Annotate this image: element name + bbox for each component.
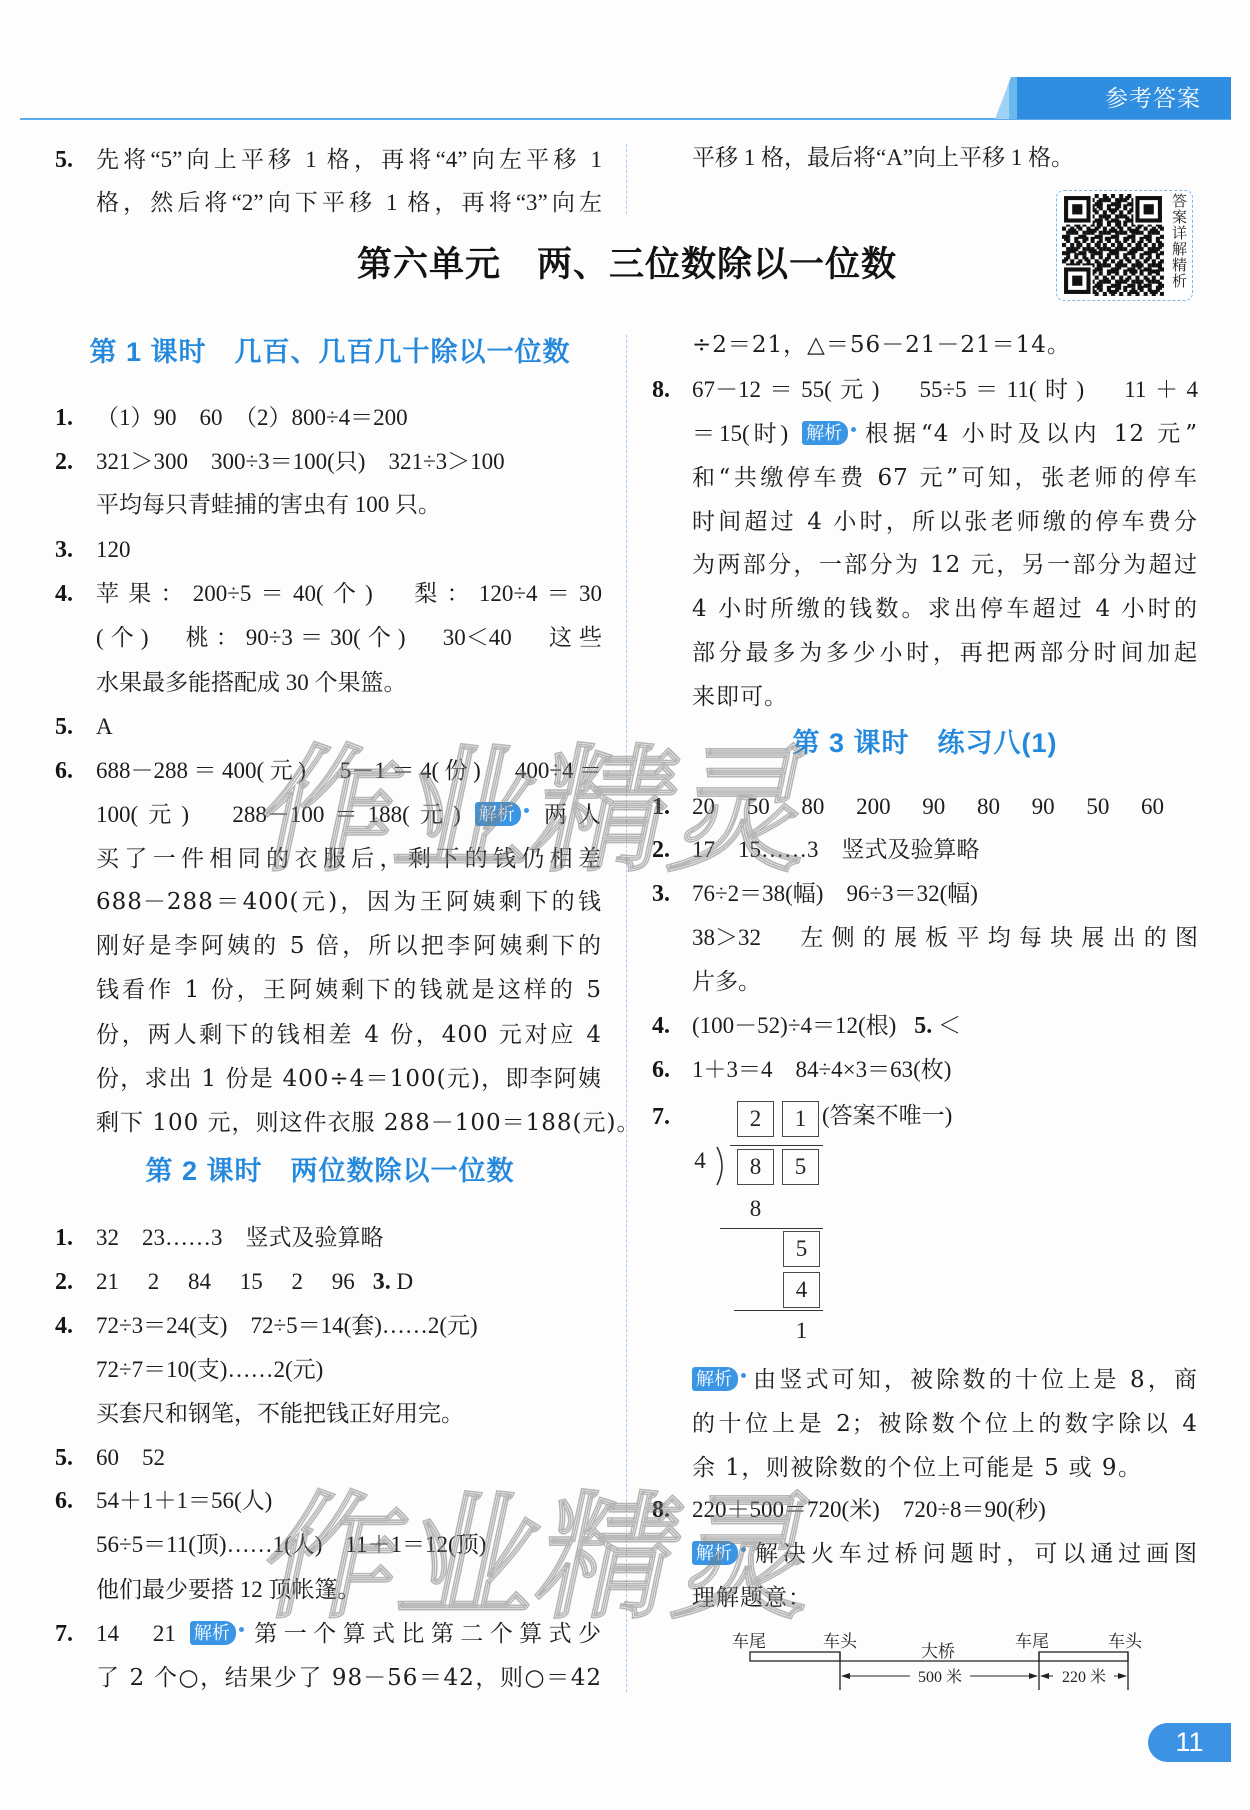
bullet-dot-icon [741,1373,746,1378]
question-number: 4. [55,574,73,614]
bridge-label: 大桥 [921,1642,955,1661]
question-number: 1. [55,398,73,438]
analysis-line: 为两部分，一部分为 12 元，另一部分为超过 [692,545,1198,585]
analysis-text: 两人 [534,802,602,828]
answer-line-with-analysis: 100(元) 288－100＝188(元)解析两人 [96,795,602,835]
train-bridge-diagram: 车尾 车头 大桥 车尾 车头 500 米 220 米 [720,1625,1150,1700]
question-number: 6. [55,751,73,791]
quotient-box: 1 [782,1101,819,1137]
question-number: 1. [55,1218,73,1258]
question-number: 3. [55,530,73,570]
analysis-line: 和“共缴停车费 67 元”可知，张老师的停车 [692,458,1198,498]
question-number: 5. [55,140,73,180]
answer-line: 先将“5”向上平移 1 格，再将“4”向左平移 1 [96,140,602,180]
bridge-length-label: 500 米 [918,1668,962,1686]
analysis-line: 买了一件相同的衣服后，剩下的钱仍相差 [96,839,602,879]
answer-line: 21 2 84 15 2 963. D [96,1262,602,1302]
column-divider-main [626,335,627,1692]
answer-line: 72÷7＝10(支)……2(元) [96,1350,602,1390]
analysis-text: 根据“4 小时及以内 12 元” [861,421,1198,447]
answer-text: 14 21 [96,1621,176,1646]
answer-line: (100－52)÷4＝12(根)5. ＜ [692,1006,1198,1046]
answer-line: 买套尺和钢笔，不能把钱正好用完。 [96,1394,602,1434]
header-tab: 参考答案 [995,77,1231,119]
bullet-dot-icon [851,427,856,432]
answer-line: 120 [96,530,602,570]
left-tail-label: 车尾 [732,1632,766,1651]
question-number: 5. [55,1438,73,1478]
analysis-line: 部分最多为多少小时，再把两部分时间加起 [692,633,1198,673]
analysis-line: 了 2 个○，结果少了 98－56＝42，则○＝42 [96,1658,602,1698]
lesson-1-title: 第 1 课时 几百、几百几十除以一位数 [56,332,604,372]
question-number: 3. [652,874,670,914]
question-number: 7. [55,1614,73,1654]
analysis-line: 688－288＝400(元)，因为王阿姨剩下的钱 [96,882,602,922]
right-tail-label: 车尾 [1015,1632,1049,1651]
left-head-label: 车头 [823,1632,858,1651]
analysis-line: 份，两人剩下的钱相差 4 份，400 元对应 4 [96,1015,602,1055]
header-tab-label: 参考答案 [1105,77,1201,119]
answer-text: (100－52)÷4＝12(根) [692,1013,896,1038]
analysis-line: 钱看作 1 份，王阿姨剩下的钱就是这样的 5 [96,970,602,1010]
bullet-dot-icon [239,1627,244,1632]
question-number: 2. [652,830,670,870]
analysis-line: 刚好是李阿姨的 5 倍，所以把李阿姨剩下的 [96,926,602,966]
analysis-badge: 解析 [692,1367,738,1391]
answer-text: 100(元) 288－100＝188(元) [96,802,461,827]
analysis-text: 由竖式可知，被除数的十位上是 8，商 [751,1367,1198,1393]
answer-line: 60 52 [96,1438,602,1478]
analysis-line: 时间超过 4 小时，所以张老师缴的停车费分 [692,502,1198,542]
analysis-badge: 解析 [190,1621,236,1645]
analysis-badge: 解析 [802,421,848,445]
step-box: 5 [783,1231,820,1267]
question-number: 2. [55,442,73,482]
answer-line: 67－12＝55(元) 55÷5＝11(时) 11＋4 [692,370,1198,410]
division-bar [730,1145,823,1146]
analysis-line: 来即可。 [692,677,1198,717]
bullet-dot-icon [741,1547,746,1552]
bullet-dot-icon [524,808,529,813]
quotient-box: 2 [737,1101,774,1137]
answer-text: D [397,1269,414,1294]
dividend-box: 5 [782,1149,819,1185]
answer-line: A [96,707,602,747]
answer-line: 72÷3＝24(支) 72÷5＝14(套)……2(元) [96,1306,602,1346]
question-number: 2. [55,1262,73,1302]
answer-line: 17 15……3 竖式及验算略 [692,830,1198,870]
analysis-line: 余 1，则被除数的个位上可能是 5 或 9。 [692,1448,1142,1488]
answer-line: 56÷5＝11(顶)……1(人) 11＋1＝12(顶) [96,1525,602,1565]
question-number: 1. [652,787,670,827]
answer-line: 格，然后将“2”向下平移 1 格，再将“3”向左 [96,183,602,223]
right-head-label: 车头 [1108,1632,1143,1651]
answer-line: 54＋1＋1＝56(人) [96,1481,602,1521]
analysis-line: 剩下 100 元，则这件衣服 288－100＝188(元)。 [96,1103,590,1143]
analysis-text: 第一个算式比第二个算式少 [249,1621,602,1647]
unit-title: 第六单元 两、三位数除以一位数 [0,243,1250,287]
answer-text: ＜ [938,1013,961,1038]
analysis-line: 4 小时所缴的钱数。求出停车超过 4 小时的 [692,589,1198,629]
question-number: 4. [652,1006,670,1046]
analysis-badge: 解析 [692,1541,738,1565]
answer-line: 片多。 [692,962,1198,1002]
answer-line: 688－288＝400(元) 5－1＝4(份) 400÷4＝ [96,751,602,791]
answer-line: 32 23……3 竖式及验算略 [96,1218,602,1258]
subtraction-line [734,1310,823,1311]
question-number: 5. [914,1013,932,1039]
page-number: 11 [1148,1723,1231,1762]
answer-line: 平移 1 格，最后将“A”向上平移 1 格。 [692,138,1198,178]
dividend-box: 8 [737,1149,774,1185]
answer-line: 321＞300 300÷3＝100(只) 321÷3＞100 [96,442,602,482]
analysis-line-with-badge: 解析解决火车过桥问题时，可以通过画图 [692,1534,1198,1574]
analysis-text: 解决火车过桥问题时，可以通过画图 [751,1541,1198,1567]
answer-text: 21 2 84 15 2 96 [96,1269,355,1294]
answer-line: 他们最少要搭 12 顶帐篷。 [96,1570,602,1610]
question-number: 6. [652,1050,670,1090]
lesson-3-title: 第 3 课时 练习八(1) [653,723,1197,763]
partial-product: 8 [737,1191,774,1227]
division-bracket-icon [714,1146,728,1186]
answer-line: 水果最多能搭配成 30 个果篮。 [96,663,602,703]
answer-text: ＝15(时) [692,421,788,446]
remainder: 1 [783,1313,820,1349]
divisor: 4 [688,1143,712,1179]
question-number: 7. [652,1097,670,1137]
question-number: 3. [373,1269,391,1295]
answer-line: 38＞32 左侧的展板平均每块展出的图 [692,918,1198,958]
answer-line: 平均每只青蛙捕的害虫有 100 只。 [96,485,602,525]
answer-line-with-analysis: ＝15(时)解析根据“4 小时及以内 12 元” [692,414,1198,454]
answer-line: （1）90 60 （2）800÷4＝200 [96,398,602,438]
column-divider-top [626,144,627,214]
analysis-line: 份，求出 1 份是 400÷4＝100(元)，即李阿姨 [96,1059,602,1099]
question-number: 5. [55,707,73,747]
answer-line: 220＋500＝720(米) 720÷8＝90(秒) [692,1490,1198,1530]
analysis-line: 理解题意： [692,1578,1198,1618]
analysis-line: ÷2＝21，△＝56－21－21＝14。 [692,325,1054,365]
question-number: 4. [55,1306,73,1346]
subtraction-line [720,1228,823,1229]
answer-line: 苹果：200÷5＝40(个) 梨：120÷4＝30 [96,574,602,614]
answer-line: 76÷2＝38(幅) 96÷3＝32(幅) [692,874,1198,914]
question-number: 8. [652,1490,670,1530]
question-number: 8. [652,370,670,410]
question-number: 6. [55,1481,73,1521]
answer-line: (个) 桃：90÷3＝30(个) 30＜40 这些 [96,618,602,658]
train-length-label: 220 米 [1062,1668,1106,1686]
answer-line: 20 50 80 200 90 80 90 50 60 [692,787,1164,827]
answer-line-with-analysis: 14 21解析第一个算式比第二个算式少 [96,1614,602,1654]
answer-line: 1＋3＝4 84÷4×3＝63(枚) [692,1050,1198,1090]
answer-page: 参考答案 5. 先将“5”向上平移 1 格，再将“4”向左平移 1 格，然后将“… [0,0,1250,1810]
answer-note: (答案不唯一) [822,1096,952,1136]
analysis-line: 的十位上是 2；被除数个位上的数字除以 4 [692,1404,1198,1444]
lesson-2-title: 第 2 课时 两位数除以一位数 [56,1151,604,1191]
analysis-line-with-badge: 解析由竖式可知，被除数的十位上是 8，商 [692,1360,1198,1400]
step-box: 4 [783,1272,820,1308]
analysis-badge: 解析 [475,802,521,826]
